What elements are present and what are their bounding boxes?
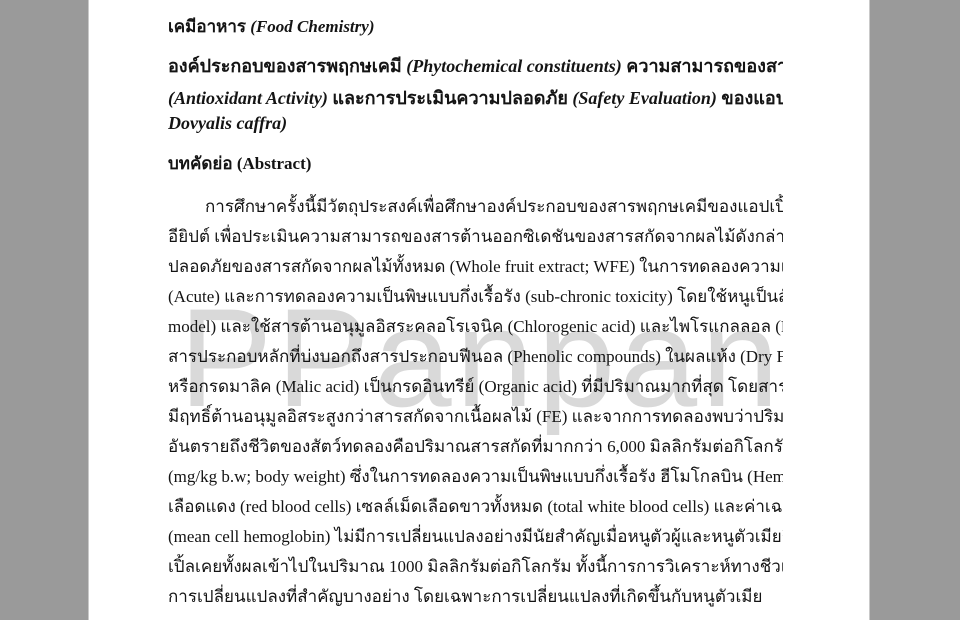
- text-segment: (Food Chemistry): [250, 17, 374, 36]
- abstract-line: ปลอดภัยของสารสกัดจากผลไม้ทั้งหมด (Whole …: [168, 252, 783, 282]
- page-content: เคมีอาหาร (Food Chemistry) องค์ประกอบของ…: [89, 0, 870, 620]
- abstract-line: เลือดแดง (red blood cells) เซลล์เม็ดเลือ…: [168, 492, 783, 522]
- abstract-line: model) และใช้สารต้านอนุมูลอิสระคลอโรเจนิ…: [168, 312, 783, 342]
- title-line-3: Dovyalis caffra): [168, 108, 783, 138]
- abstract-line: อันตรายถึงชีวิตของสัตว์ทดลองคือปริมาณสาร…: [168, 432, 783, 462]
- abstract-line: (mg/kg b.w; body weight) ซึ่งในการทดลองค…: [168, 462, 783, 492]
- text-segment: ของแอปเปิ้ลเคย: [717, 88, 783, 108]
- text-segment: Dovyalis caffra): [168, 113, 287, 133]
- text-segment: (Phytochemical constituents): [406, 56, 622, 76]
- abstract-line: การเปลี่ยนแปลงที่สำคัญบางอย่าง โดยเฉพาะก…: [168, 582, 783, 612]
- abstract-line: มีฤทธิ์ต้านอนุมูลอิสระสูงกว่าสารสกัดจากเ…: [168, 402, 783, 432]
- text-segment: องค์ประกอบของสารพฤกษเคมี: [168, 56, 406, 76]
- text-segment: ความสามารถของสารต้านออกซิเดชัน: [622, 56, 783, 76]
- abstract-line: เปิ้ลเคยทั้งผลเข้าไปในปริมาณ 1000 มิลลิก…: [168, 552, 783, 582]
- abstract-line: (mean cell hemoglobin) ไม่มีการเปลี่ยนแป…: [168, 522, 783, 552]
- text-segment: (Safety Evaluation): [572, 88, 717, 108]
- text-segment: บทคัดย่อ: [168, 154, 237, 173]
- text-segment: และการประเมินความปลอดภัย: [328, 88, 573, 108]
- section-label: เคมีอาหาร (Food Chemistry): [168, 12, 783, 42]
- title-line-1: องค์ประกอบของสารพฤกษเคมี (Phytochemical …: [168, 51, 783, 81]
- viewer-background: PPanpan เคมีอาหาร (Food Chemistry) องค์ป…: [0, 0, 960, 620]
- text-segment: (Antioxidant Activity): [168, 88, 328, 108]
- abstract-line: อียิปต์ เพื่อประเมินความสามารถของสารต้าน…: [168, 222, 783, 252]
- abstract-line: (Acute) และการทดลองความเป็นพิษแบบกึ่งเรื…: [168, 282, 783, 312]
- abstract-heading: บทคัดย่อ (Abstract): [168, 149, 783, 179]
- abstract-line: การศึกษาครั้งนี้มีวัตถุประสงค์เพื่อศึกษา…: [168, 192, 783, 222]
- document-page: PPanpan เคมีอาหาร (Food Chemistry) องค์ป…: [88, 0, 870, 620]
- text-segment: (Abstract): [237, 154, 312, 173]
- abstract-line: หรือกรดมาลิค (Malic acid) เป็นกรดอินทรีย…: [168, 372, 783, 402]
- text-segment: เคมีอาหาร: [168, 17, 250, 36]
- abstract-line: สารประกอบหลักที่บ่งบอกถึงสารประกอบฟีนอล …: [168, 342, 783, 372]
